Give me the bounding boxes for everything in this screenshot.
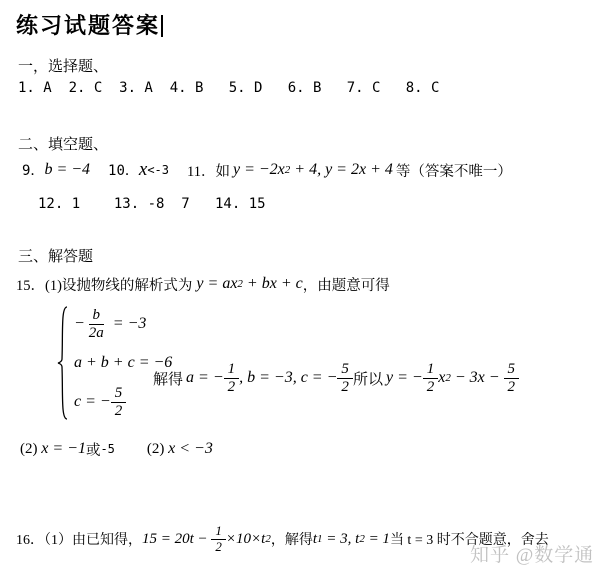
q9-answer: b = −4 xyxy=(44,161,90,179)
p16-frac-num: 1 xyxy=(211,524,226,539)
conclusion-label: 所以 xyxy=(353,368,383,389)
p15-part2b-math: x < −3 xyxy=(168,440,213,458)
solve-a: a = − xyxy=(186,369,224,387)
section3-heading: 三、解答题 xyxy=(18,245,93,266)
q11-formula-2: + 4, y = 2x + 4 xyxy=(290,161,393,179)
solve-fraction-1: 12 xyxy=(224,361,240,395)
conclusion-fraction-1: 12 xyxy=(423,361,439,395)
fill-blank-row2: 12. 1 13. -8 7 14. 15 xyxy=(38,196,266,212)
conclusion-f2-num: 5 xyxy=(504,361,520,379)
q11-label: 11．如 xyxy=(187,160,230,181)
solve-f2-den: 2 xyxy=(337,379,353,396)
p16-formula-1: 15 = 20t − xyxy=(142,531,211,548)
conclusion-x: x xyxy=(438,369,445,387)
q9-label: 9． xyxy=(22,160,44,180)
conclusion-f1-den: 2 xyxy=(423,379,439,396)
p16-t2-value: = 1 xyxy=(365,531,390,548)
eq1-fraction: b2a xyxy=(85,307,108,341)
p16-prefix: 16．（1）由已知得， xyxy=(16,529,142,549)
left-brace-icon xyxy=(55,305,69,421)
p15-formula-2: + bx + c xyxy=(243,275,303,293)
p15-part2a-tail: -5 xyxy=(100,442,114,456)
q10-variable: x xyxy=(139,159,147,181)
section1-heading: 一，选择题、 xyxy=(18,55,108,76)
solve-label: 解得 xyxy=(153,368,183,389)
q10-answer: <-3 xyxy=(147,163,169,177)
p15-part2a-label: (2) xyxy=(20,441,41,458)
p16-t1-value: = 3, xyxy=(323,531,352,548)
text-cursor xyxy=(161,15,163,37)
p15-part2a-math: x = −1 xyxy=(41,440,86,458)
solve-f1-den: 2 xyxy=(224,379,240,396)
solve-f1-num: 1 xyxy=(224,361,240,379)
eq1-rhs: = −3 xyxy=(113,315,147,333)
p15-formula-1: y = ax xyxy=(196,275,237,293)
conclusion-pre: y = − xyxy=(386,369,423,387)
solve-fraction-2: 52 xyxy=(337,361,353,395)
conclusion-fraction-2: 52 xyxy=(504,361,520,395)
document-page: 练习试题答案 一，选择题、 1. A 2. C 3. A 4. B 5. D 6… xyxy=(0,0,606,574)
eq3-numerator: 5 xyxy=(111,385,127,403)
p16-frac-den: 2 xyxy=(211,540,226,554)
conclusion-f1-num: 1 xyxy=(423,361,439,379)
p15-part2a-or: 或 xyxy=(86,439,101,460)
p15-prefix: 15．(1)设抛物线的解析式为 xyxy=(16,274,192,295)
q11-note: 等（答案不唯一） xyxy=(396,160,512,181)
conclusion-mid: − 3x − xyxy=(451,369,500,387)
conclusion-row: 所以 y = − 12 x2 − 3x − 52 xyxy=(353,352,519,404)
problem15-intro: 15．(1)设抛物线的解析式为 y = ax2 + bx + c ，由题意可得 xyxy=(16,272,390,296)
solve-result-row: 解得 a = − 12 , b = −3, c = − 52 xyxy=(153,352,353,404)
p16-mid: ，解得 xyxy=(271,529,313,549)
p16-formula-2: ×10×t xyxy=(226,531,265,548)
equation-1: − b2a = −3 xyxy=(74,307,172,341)
p15-suffix: ，由题意可得 xyxy=(303,274,390,295)
eq1-numerator: b xyxy=(89,307,105,325)
section1-answers: 1. A 2. C 3. A 4. B 5. D 6. B 7. C 8. C xyxy=(18,80,439,96)
eq1-minus: − xyxy=(74,315,85,333)
fill-blank-row1: 9． b = −4 10． x <-3 11．如 y = −2x2 + 4, y… xyxy=(22,157,512,183)
title-row: 练习试题答案 xyxy=(16,9,163,40)
eq3-fraction: 52 xyxy=(111,385,127,419)
eq3-lhs: c = − xyxy=(74,393,111,411)
eq3-denominator: 2 xyxy=(111,403,127,420)
section2-heading: 二、填空题、 xyxy=(18,133,108,154)
page-title: 练习试题答案 xyxy=(16,13,160,38)
conclusion-f2-den: 2 xyxy=(504,379,520,396)
p16-t2: t xyxy=(351,531,359,548)
problem16-row: 16．（1）由已知得， 15 = 20t − 12 ×10×t2 ，解得 t1 … xyxy=(16,513,549,565)
solve-mid: , b = −3, c = − xyxy=(239,369,337,387)
q11-formula-1: y = −2x xyxy=(233,161,285,179)
zhihu-watermark: 知乎 @数学通 xyxy=(470,540,594,567)
p15-part2b-label: (2) xyxy=(147,441,168,458)
solve-f2-num: 5 xyxy=(337,361,353,379)
p16-fraction: 12 xyxy=(211,524,226,554)
q10-label: 10． xyxy=(108,160,139,180)
part2-answers-row: (2) x = −1 或 -5 (2) x < −3 xyxy=(20,437,213,461)
eq1-denominator: 2a xyxy=(85,325,108,342)
